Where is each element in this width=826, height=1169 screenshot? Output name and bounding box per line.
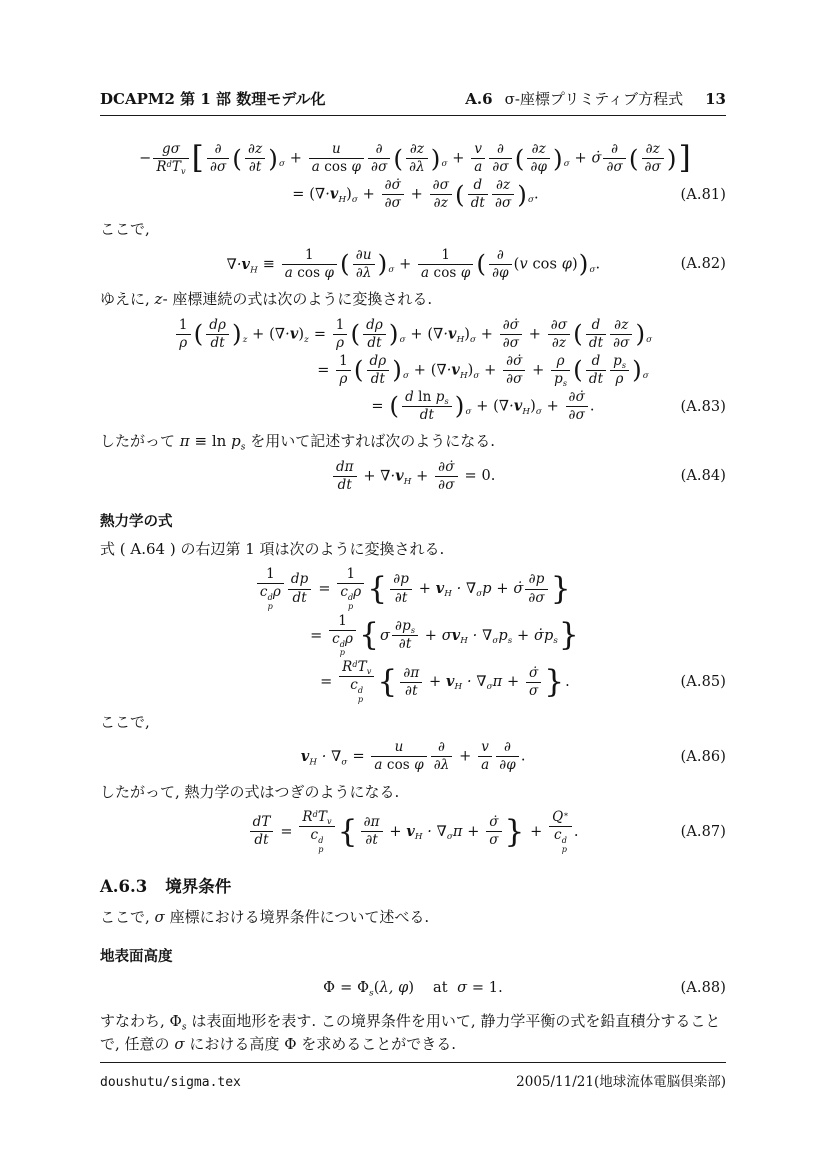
equation-line: = (d ln psdt)σ + (∇·vH)σ + ∂σ̇∂σ.(A.83) xyxy=(100,390,726,423)
equation-rhs: = RdTvcdp{∂π∂t + vH · ∇σπ + σ̇σ}. xyxy=(315,660,570,704)
section-heading: A.6.3境界条件 xyxy=(100,873,726,897)
equation-a88: Φ= Φs(λ, φ) at σ = 1.(A.88) xyxy=(100,973,726,1003)
equation-rhs: = 1ρ(dρdt)σ + (∇·vH)σ + ∂σ̇∂σ + ρps(ddtp… xyxy=(312,354,649,387)
header-section-info: A.6σ-座標プリミティブ方程式13 xyxy=(465,88,726,109)
paragraph: ゆえに, z- 座標連続の式は次のように変換される. xyxy=(100,288,726,311)
equation-line: −gσRdTv[∂∂σ(∂z∂t)σ + ua cos φ∂∂σ(∂z∂λ)σ … xyxy=(100,142,726,175)
subsection-heading: 熱力学の式 xyxy=(100,510,726,531)
paragraph: したがって π ≡ ln ps を用いて記述すれば次のようになる. xyxy=(100,430,726,453)
paragraph: したがって, 熱力学の式はつぎのようになる. xyxy=(100,781,726,804)
subsection-heading: 地表面高度 xyxy=(100,945,726,966)
equation-lhs: 1cdpρdpdt xyxy=(254,567,313,611)
header-section-number: A.6 xyxy=(465,90,492,108)
page-header: DCAPM2 第 1 部 数理モデル化 A.6σ-座標プリミティブ方程式13 xyxy=(100,88,726,116)
equation-line: = RdTvcdp{∂π∂t + vH · ∇σπ + σ̇σ}.(A.85) xyxy=(100,660,726,704)
document-page: DCAPM2 第 1 部 数理モデル化 A.6σ-座標プリミティブ方程式13 −… xyxy=(0,0,826,1169)
document-content: −gσRdTv[∂∂σ(∂z∂t)σ + ua cos φ∂∂σ(∂z∂λ)σ … xyxy=(100,142,726,1055)
footer-source-file: doushutu/sigma.tex xyxy=(100,1075,241,1090)
equation-line: = 1cdpρ{σ∂ps∂t + σvH · ∇σps + σ̇ps} xyxy=(100,614,726,658)
equation-a85: 1cdpρdpdt= 1cdpρ{∂p∂t + vH · ∇σp + σ̇∂p∂… xyxy=(100,567,726,704)
equation-rhs: = (d ln psdt)σ + (∇·vH)σ + ∂σ̇∂σ. xyxy=(366,390,594,423)
equation-lhs: 1ρ(dρdt)z + (∇·v)z xyxy=(174,318,309,351)
page-footer: doushutu/sigma.tex 2005/11/21(地球流体電脳倶楽部) xyxy=(100,1062,726,1090)
equation-line: dπdt + ∇·vH + ∂σ̇∂σ= 0.(A.84) xyxy=(100,460,726,493)
equation-lhs: dπdt + ∇·vH + ∂σ̇∂σ xyxy=(331,460,460,493)
equation-rhs: = ua cos φ∂∂λ + va∂∂φ. xyxy=(347,740,525,773)
equation-rhs: ≡ 1a cos φ(∂u∂λ)σ + 1a cos φ(∂∂φ(v cos φ… xyxy=(258,248,600,281)
paragraph: ここで, xyxy=(100,711,726,734)
paragraph: 式 ( A.64 ) の右辺第 1 項は次のように変換される. xyxy=(100,538,726,561)
equation-lhs: ∇·vH xyxy=(226,256,258,273)
equation-tag: (A.84) xyxy=(496,468,727,484)
equation-line: dTdt= RdTvcdp{∂π∂t + vH · ∇σπ + σ̇σ} + Q… xyxy=(100,810,726,854)
equation-rhs: = 1cdpρ{∂p∂t + vH · ∇σp + σ̇∂p∂σ} xyxy=(313,567,571,611)
equation-rhs: = (∇·vH)σ + ∂σ̇∂σ + ∂σ∂z(ddt∂z∂σ)σ. xyxy=(287,178,539,211)
equation-tag: (A.85) xyxy=(570,674,726,690)
equation-rhs: = RdTvcdp{∂π∂t + vH · ∇σπ + σ̇σ} + Q∗cdp… xyxy=(275,810,578,854)
equation-rhs: = Φs(λ, φ) at σ = 1. xyxy=(335,980,503,996)
equation-rhs: = 1cdpρ{σ∂ps∂t + σvH · ∇σps + σ̇ps} xyxy=(305,614,580,658)
equation-tag: (A.82) xyxy=(600,256,726,272)
header-section-title: σ-座標プリミティブ方程式 xyxy=(505,90,684,108)
equation-a82: ∇·vH≡ 1a cos φ(∂u∂λ)σ + 1a cos φ(∂∂φ(v c… xyxy=(100,248,726,281)
equation-tag: (A.86) xyxy=(526,749,726,765)
equation-a84: dπdt + ∇·vH + ∂σ̇∂σ= 0.(A.84) xyxy=(100,460,726,493)
equation-a83: 1ρ(dρdt)z + (∇·v)z= 1ρ(dρdt)σ + (∇·vH)σ … xyxy=(100,318,726,424)
header-running-title: DCAPM2 第 1 部 数理モデル化 xyxy=(100,88,325,109)
paragraph: すなわち, Φs は表面地形を表す. この境界条件を用いて, 静力学平衡の式を鉛… xyxy=(100,1010,726,1055)
equation-lhs: dTdt xyxy=(247,815,275,848)
equation-line: = (∇·vH)σ + ∂σ̇∂σ + ∂σ∂z(ddt∂z∂σ)σ.(A.81… xyxy=(100,178,726,211)
equation-line: 1cdpρdpdt= 1cdpρ{∂p∂t + vH · ∇σp + σ̇∂p∂… xyxy=(100,567,726,611)
equation-a86: vH · ∇σ= ua cos φ∂∂λ + va∂∂φ.(A.86) xyxy=(100,740,726,773)
equation-rhs: −gσRdTv[∂∂σ(∂z∂t)σ + ua cos φ∂∂σ(∂z∂λ)σ … xyxy=(134,142,692,175)
equation-tag: (A.81) xyxy=(539,187,726,203)
equation-tag: (A.87) xyxy=(579,824,726,840)
equation-lhs: vH · ∇σ xyxy=(300,748,347,765)
equation-rhs: = 1ρ(dρdt)σ + (∇·vH)σ + ∂σ̇∂σ + ∂σ∂z(ddt… xyxy=(309,318,652,351)
equation-tag: (A.88) xyxy=(503,980,726,996)
equation-line: vH · ∇σ= ua cos φ∂∂λ + va∂∂φ.(A.86) xyxy=(100,740,726,773)
equation-a87: dTdt= RdTvcdp{∂π∂t + vH · ∇σπ + σ̇σ} + Q… xyxy=(100,810,726,854)
equation-lhs: Φ xyxy=(323,980,335,996)
equation-line: 1ρ(dρdt)z + (∇·v)z= 1ρ(dρdt)σ + (∇·vH)σ … xyxy=(100,318,726,351)
equation-a81: −gσRdTv[∂∂σ(∂z∂t)σ + ua cos φ∂∂σ(∂z∂λ)σ … xyxy=(100,142,726,211)
equation-line: Φ= Φs(λ, φ) at σ = 1.(A.88) xyxy=(100,973,726,1003)
section-title: 境界条件 xyxy=(165,877,231,896)
equation-tag: (A.83) xyxy=(595,399,726,415)
header-page-number: 13 xyxy=(705,90,726,108)
footer-date-credit: 2005/11/21(地球流体電脳倶楽部) xyxy=(516,1070,726,1090)
section-number: A.6.3 xyxy=(100,877,147,896)
paragraph: ここで, σ 座標における境界条件について述べる. xyxy=(100,906,726,929)
paragraph: ここで, xyxy=(100,218,726,241)
equation-line: ∇·vH≡ 1a cos φ(∂u∂λ)σ + 1a cos φ(∂∂φ(v c… xyxy=(100,248,726,281)
equation-rhs: = 0. xyxy=(460,468,496,484)
equation-line: = 1ρ(dρdt)σ + (∇·vH)σ + ∂σ̇∂σ + ρps(ddtp… xyxy=(100,354,726,387)
